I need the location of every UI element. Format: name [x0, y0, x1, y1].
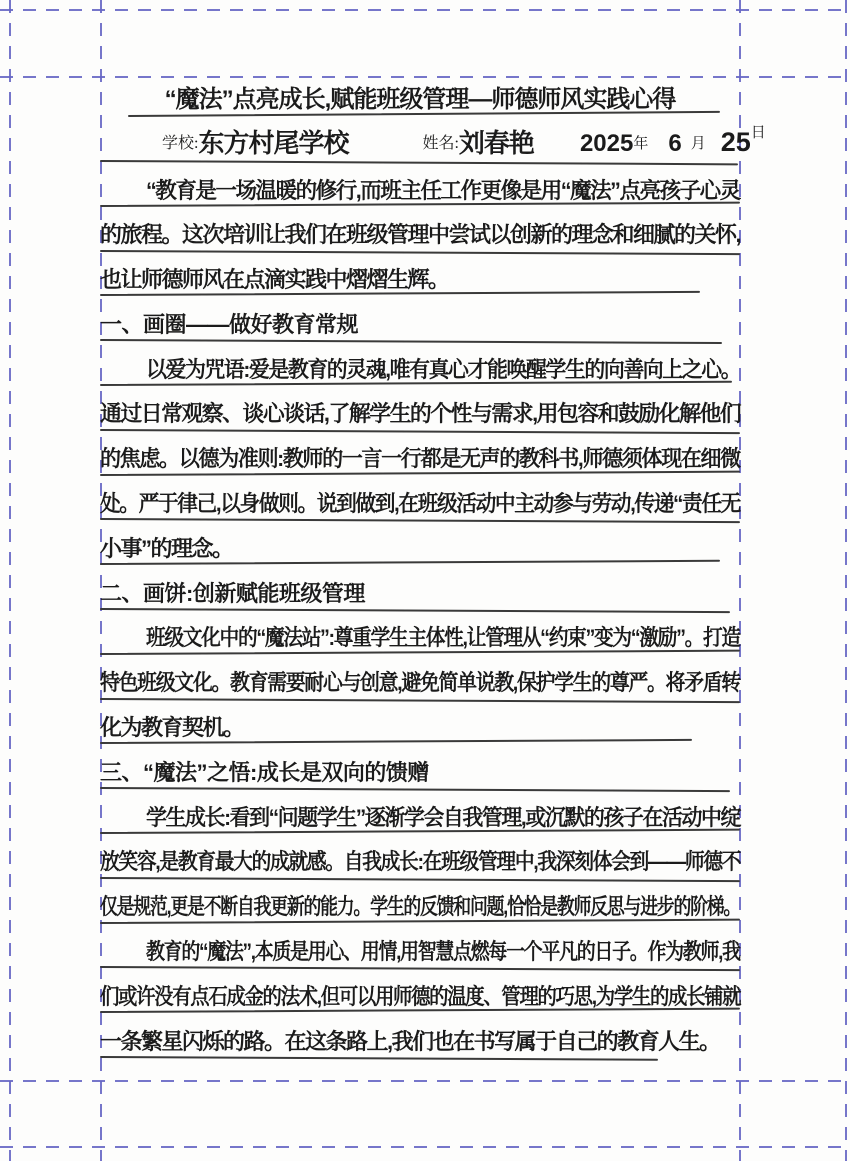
name-label: 姓名: — [422, 136, 458, 156]
essay-line-text: 教育的“魔法”,本质是用心、用情,用智慧点燃每一个平凡的日子。作为教师,我 — [146, 939, 740, 964]
section-heading-text: 一、画圈——做好教育常规 — [100, 312, 358, 337]
date-month: 6 — [668, 132, 681, 156]
essay-line-row: 化为教育契机。 — [100, 702, 740, 747]
essay-info-row: 学校: 东方村尾学校 姓名: 刘春艳 2025 年 6 月 25 日 — [100, 119, 740, 164]
essay-line-row: 仅是规范,更是不断自我更新的能力。学生的反馈和问题,恰恰是教师反思与进步的阶梯。 — [100, 881, 740, 926]
essay-line-row: 教育的“魔法”,本质是用心、用情,用智慧点燃每一个平凡的日子。作为教师,我 — [100, 926, 740, 971]
essay-line-row: “教育是一场温暖的修行,而班主任工作更像是用“魔法”点亮孩子心灵 — [100, 164, 740, 209]
essay-line-row: 以爱为咒语:爱是教育的灵魂,唯有真心才能唤醒学生的向善向上之心。 — [100, 343, 740, 388]
essay-line-row: 班级文化中的“魔法站”:尊重学生主体性,让管理从“约束”变为“激励”。打造 — [100, 612, 740, 657]
date-year: 2025 — [580, 132, 633, 156]
essay-line-text: “教育是一场温暖的修行,而班主任工作更像是用“魔法”点亮孩子心灵 — [146, 178, 740, 203]
essay-line-row: 的焦虑。以德为准则:教师的一言一行都是无声的教科书,师德须体现在细微 — [100, 433, 740, 478]
date-day-unit: 日 — [751, 126, 766, 145]
margin-guide-vertical-left-outer — [9, 0, 11, 1161]
school-label: 学校: — [162, 136, 198, 156]
section-heading-row: 二、画饼:创新赋能班级管理 — [100, 567, 740, 612]
section-heading-row: 三、“魔法”之悟:成长是双向的馈赠 — [100, 746, 740, 791]
scanned-essay-sheet: “魔法”点亮成长,赋能班级管理—师德师风实践心得 学校: 东方村尾学校 姓名: … — [0, 0, 850, 1161]
date-day: 25 — [721, 129, 751, 156]
essay-title-row: “魔法”点亮成长,赋能班级管理—师德师风实践心得 — [100, 77, 740, 119]
essay-line-row: 处。严于律己,以身做则。说到做到,在班级活动中主动参与劳动,传递“责任无 — [100, 478, 740, 523]
section-heading-row: 一、画圈——做好教育常规 — [100, 298, 740, 343]
essay-line-text: 班级文化中的“魔法站”:尊重学生主体性,让管理从“约束”变为“激励”。打造 — [146, 625, 740, 650]
essay-line-text: 的旅程。这次培训让我们在班级管理中尝试以创新的理念和细腻的关怀, — [100, 222, 740, 247]
essay-content: “魔法”点亮成长,赋能班级管理—师德师风实践心得 学校: 东方村尾学校 姓名: … — [100, 77, 740, 1060]
essay-line-text: 也让师德师风在点滴实践中熠熠生辉。 — [100, 267, 449, 292]
essay-line-text: 特色班级文化。教育需要耐心与创意,避免简单说教,保护学生的尊严。将矛盾转 — [100, 670, 740, 695]
section-heading-text: 二、画饼:创新赋能班级管理 — [100, 581, 365, 606]
essay-body: “教育是一场温暖的修行,而班主任工作更像是用“魔法”点亮孩子心灵的旅程。这次培训… — [100, 164, 740, 1060]
essay-line-row: 放笑容,是教育最大的成就感。自我成长:在班级管理中,我深刻体会到——师德不 — [100, 836, 740, 881]
essay-line-text: 的焦虑。以德为准则:教师的一言一行都是无声的教科书,师德须体现在细微 — [100, 446, 740, 471]
margin-guide-horizontal-bottom-outer — [0, 1146, 850, 1148]
margin-guide-vertical-right-outer — [845, 0, 847, 1161]
essay-line-row: 学生成长:看到“问题学生”逐渐学会自我管理,或沉默的孩子在活动中绽 — [100, 791, 740, 836]
date-year-unit: 年 — [633, 137, 648, 156]
section-heading-text: 三、“魔法”之悟:成长是双向的馈赠 — [100, 760, 429, 785]
essay-line-text: 处。严于律己,以身做则。说到做到,在班级活动中主动参与劳动,传递“责任无 — [100, 491, 740, 516]
essay-line-text: 通过日常观察、谈心谈话,了解学生的个性与需求,用包容和鼓励化解他们 — [100, 401, 740, 426]
margin-guide-horizontal-top-outer — [0, 9, 850, 11]
essay-line-text: 仅是规范,更是不断自我更新的能力。学生的反馈和问题,恰恰是教师反思与进步的阶梯。 — [100, 894, 740, 919]
essay-line-text: 化为教育契机。 — [100, 715, 244, 740]
margin-guide-horizontal-bottom-inner — [0, 1080, 850, 1082]
name-value: 刘春艳 — [459, 130, 534, 156]
essay-line-row: 的旅程。这次培训让我们在班级管理中尝试以创新的理念和细腻的关怀, — [100, 209, 740, 254]
essay-line-row: 小事”的理念。 — [100, 522, 740, 567]
essay-line-text: 一条繁星闪烁的路。在这条路上,我们也在书写属于自己的教育人生。 — [100, 1029, 720, 1054]
essay-line-row: 也让师德师风在点滴实践中熠熠生辉。 — [100, 254, 740, 299]
school-value: 东方村尾学校 — [198, 130, 348, 156]
date-month-unit: 月 — [691, 137, 706, 156]
ruled-underline — [100, 1056, 658, 1061]
essay-line-text: 以爱为咒语:爱是教育的灵魂,唯有真心才能唤醒学生的向善向上之心。 — [146, 357, 740, 382]
essay-line-row: 一条繁星闪烁的路。在这条路上,我们也在书写属于自己的教育人生。 — [100, 1015, 740, 1060]
essay-line-text: 放笑容,是教育最大的成就感。自我成长:在班级管理中,我深刻体会到——师德不 — [100, 849, 740, 874]
essay-line-text: 小事”的理念。 — [100, 536, 233, 561]
essay-line-row: 通过日常观察、谈心谈话,了解学生的个性与需求,用包容和鼓励化解他们 — [100, 388, 740, 433]
essay-line-row: 特色班级文化。教育需要耐心与创意,避免简单说教,保护学生的尊严。将矛盾转 — [100, 657, 740, 702]
essay-line-text: 学生成长:看到“问题学生”逐渐学会自我管理,或沉默的孩子在活动中绽 — [146, 805, 740, 830]
essay-line-row: 们或许没有点石成金的法术,但可以用师德的温度、管理的巧思,为学生的成长铺就 — [100, 970, 740, 1015]
essay-line-text: 们或许没有点石成金的法术,但可以用师德的温度、管理的巧思,为学生的成长铺就 — [100, 984, 740, 1009]
